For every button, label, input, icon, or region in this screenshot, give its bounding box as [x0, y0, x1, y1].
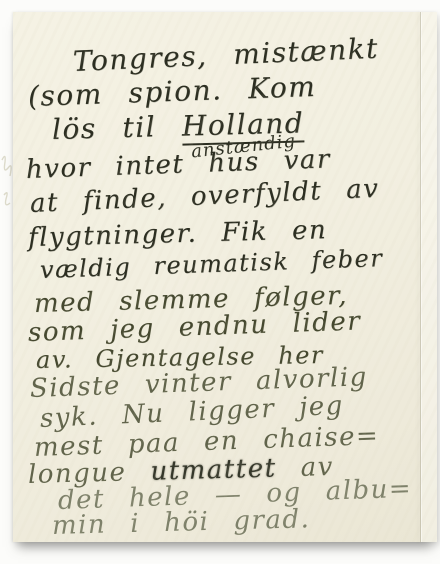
handwriting-text-block: Tongres, mistænkt(som spion. Komlös til …	[13, 12, 437, 542]
letter-page: Tongres, mistænkt(som spion. Komlös til …	[13, 12, 437, 542]
scanned-letter: Tongres, mistænkt(som spion. Komlös til …	[0, 0, 440, 564]
handwriting-line-16: min i höi grad.	[52, 504, 311, 541]
handwriting-line-1: Tongres, mistænkt	[72, 32, 379, 78]
